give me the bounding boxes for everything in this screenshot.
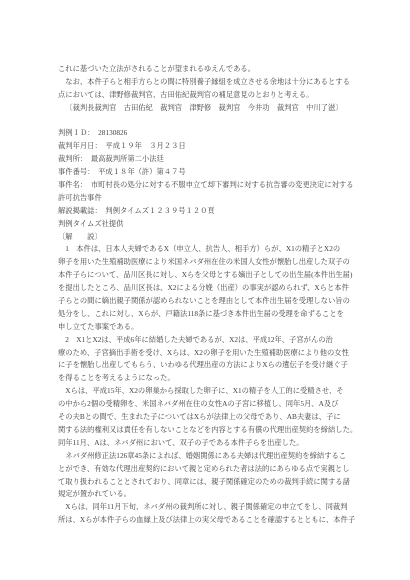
document-line: て取り扱われることとされており、同章には、親子関係確定のための裁判手続に関する諸 [58,476,358,489]
document-line: ネバダ州修正法126章45条によれば、婚姻関係にある夫婦は代理出産契約を締結する… [58,450,358,463]
document-line: 裁判所： 最高裁判所第二小法廷 [58,153,358,166]
section-case-metadata: 判例ＩＤ： 28130826裁判年月日： 平成１９年 ３月２３日裁判所： 最高裁… [58,127,358,230]
document-line: 同年11月、Aは、ネバダ州において、双子の子である本件子らを出産した。 [58,437,358,450]
document-line: 解説掲載誌： 判例タイムズ１２３９号１２０頁 [58,205,358,218]
document-line: 2 X1とX2は、平成6年に結婚した夫婦であるが、X2は、平成12年、子宮がんの… [58,334,358,347]
document-line: Xらは、同年11月下旬、ネバダ州の裁判所に対し、親子関係確定の申立てをし、同裁判 [58,501,358,514]
document-line: なお、本件子らと相手方らとの間に特別養子縁組を成立させる余地は十分にあるとする [58,76,358,89]
document-line: これに基づいた立法がされることが望まれるゆえんである。 [58,63,358,76]
document-line: を得ることを考えるようになった。 [58,372,358,385]
document-line: 子らとの間に嫡出親子関係が認められないことを理由として本件出生届を受理しない旨の [58,295,358,308]
document-line: の中から2個の受精卵を、米国ネバダ州在住の女性Aの子宮に移植し、同年5月、A及び [58,398,358,411]
document-line: Xらは、平成15年、X2の卵巣から採取した卵子に、X1の精子を人工的に受精させ、… [58,385,358,398]
document-line: その夫Bとの間で、生まれた子についてはXらが法律上の父母であり、AB夫妻は、子に [58,411,358,424]
document-line: 処分をし、これに対し、Xらが、戸籍法118条に基づき本件出生届の受理を命ずること… [58,308,358,321]
document-line: 事件番号： 平成１８年（許）第４７号 [58,166,358,179]
document-line: 療のため、子宮摘出手術を受け、Xらは、X2の卵子を用いた生殖補助医療により他の女… [58,347,358,360]
document-line: 〔裁判長裁判官 古田佑紀 裁判官 津野修 裁判官 今井功 裁判官 中川了滋〕 [58,102,358,115]
document-line: 裁判年月日： 平成１９年 ３月２３日 [58,140,358,153]
document-line: 所は、Xらが本件子らの血縁上及び法律上の実父母であることを確認するとともに、本件… [58,514,358,527]
document-text: これに基づいた立法がされることが望まれるゆえんである。なお、本件子らと相手方らと… [58,63,358,527]
document-line: 〔解 説〕 [58,231,358,244]
document-line: 判例ＩＤ： 28130826 [58,127,358,140]
section-commentary: 〔解 説〕1 本件は、日本人夫婦であるX（申立人、抗告人、相手方）らが、X1の精… [58,231,358,527]
document-line: 事件名： 市町村長の処分に対する不服申立て却下審判に対する抗告審の変更決定に対す… [58,179,358,192]
document-line: 卵子を用いた生殖補助医療により米国ネバダ州在住の米国人女性が懐胎し出産した双子の [58,256,358,269]
section-opinion-closing: これに基づいた立法がされることが望まれるゆえんである。なお、本件子らと相手方らと… [58,63,358,115]
legal-document-page: これに基づいた立法がされることが望まれるゆえんである。なお、本件子らと相手方らと… [0,0,410,580]
document-line: 規定が置かれている。 [58,488,358,501]
document-line: 点においては、津野修裁判官、古田佑紀裁判官の補足意見のとおりと考える。 [58,89,358,102]
document-line: に子を懐胎し出産してもらう、いわゆる代理出産の方法によりXらの遺伝子を受け継ぐ子 [58,359,358,372]
document-line: 1 本件は、日本人夫婦であるX（申立人、抗告人、相手方）らが、X1の精子とX2の [58,243,358,256]
document-line: とができ、有効な代理出産契約において親と定められた者は法的にあらゆる点で実親とし [58,463,358,476]
document-line: 判例タイムズ社提供 [58,218,358,231]
document-line: 本件子らについて、品川区長に対し、Xらを父母とする嫡出子としての出生届(本件出生… [58,269,358,282]
document-line: を提出したところ、品川区長は、X2による分娩（出産）の事実が認められず、Xらと本… [58,282,358,295]
document-line: 関する法的権利又は責任を有しないことなどを内容とする有償の代理出産契約を締結した… [58,424,358,437]
document-line: 申し立てた事案である。 [58,321,358,334]
document-line: 許可抗告事件 [58,192,358,205]
